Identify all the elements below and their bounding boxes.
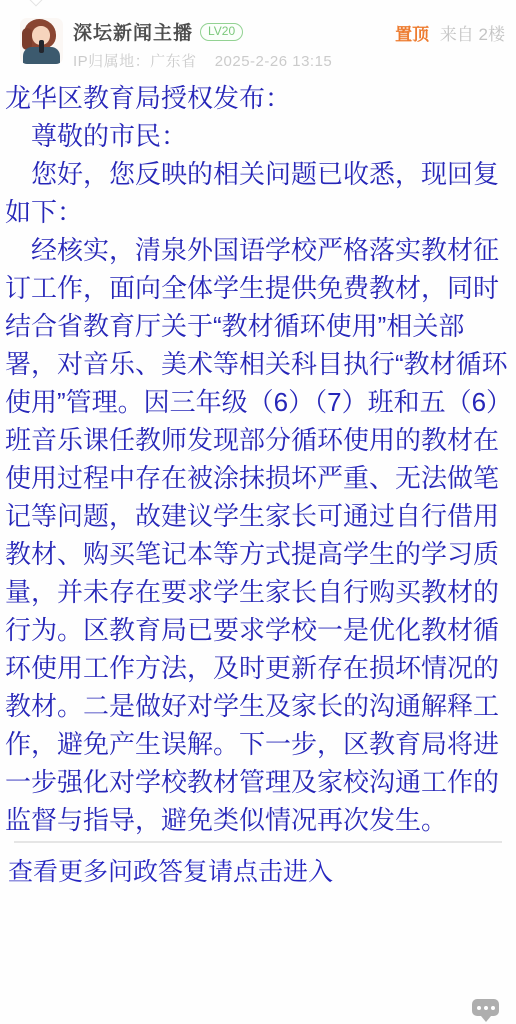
user-avatar[interactable] <box>20 18 63 64</box>
post-paragraph: 您好，您反映的相关问题已收悉，现回复如下： <box>5 155 512 231</box>
post-body: 龙华区教育局授权发布： 尊敬的市民： 您好，您反映的相关问题已收悉，现回复如下：… <box>0 79 516 841</box>
divider <box>14 841 502 843</box>
forum-post-page: 深坛新闻主播 LV20 IP归属地：广东省2025-2-26 13:15 置顶 … <box>0 0 516 1024</box>
bubble-dot <box>477 1006 481 1010</box>
pinned-badge: 置顶 <box>395 25 429 44</box>
comment-bubble-body <box>472 999 499 1016</box>
header-right: 置顶 来自 2楼 <box>395 20 505 45</box>
timestamp: 2025-2-26 13:15 <box>215 53 333 70</box>
bubble-dot <box>484 1006 488 1010</box>
post-paragraph: 经核实，清泉外国语学校严格落实教材征订工作，面向全体学生提供免费教材，同时结合省… <box>5 231 512 839</box>
post-header: 深坛新闻主播 LV20 IP归属地：广东省2025-2-26 13:15 置顶 … <box>0 0 516 66</box>
more-replies-link[interactable]: 查看更多问政答复请点击进入 <box>8 852 333 888</box>
meta-row: IP归属地：广东省2025-2-26 13:15 <box>73 50 504 71</box>
ip-location: IP归属地：广东省 <box>73 53 197 70</box>
bubble-dot <box>491 1006 495 1010</box>
comment-bubble-tail <box>481 1016 491 1022</box>
level-badge: LV20 <box>200 23 243 41</box>
comment-bubble-icon[interactable] <box>472 999 499 1021</box>
microphone-icon <box>39 40 44 53</box>
post-paragraph: 尊敬的市民： <box>5 117 512 155</box>
post-paragraph: 龙华区教育局授权发布： <box>5 79 512 117</box>
username[interactable]: 深坛新闻主播 <box>73 18 193 45</box>
floor-label: 来自 2楼 <box>440 25 505 44</box>
